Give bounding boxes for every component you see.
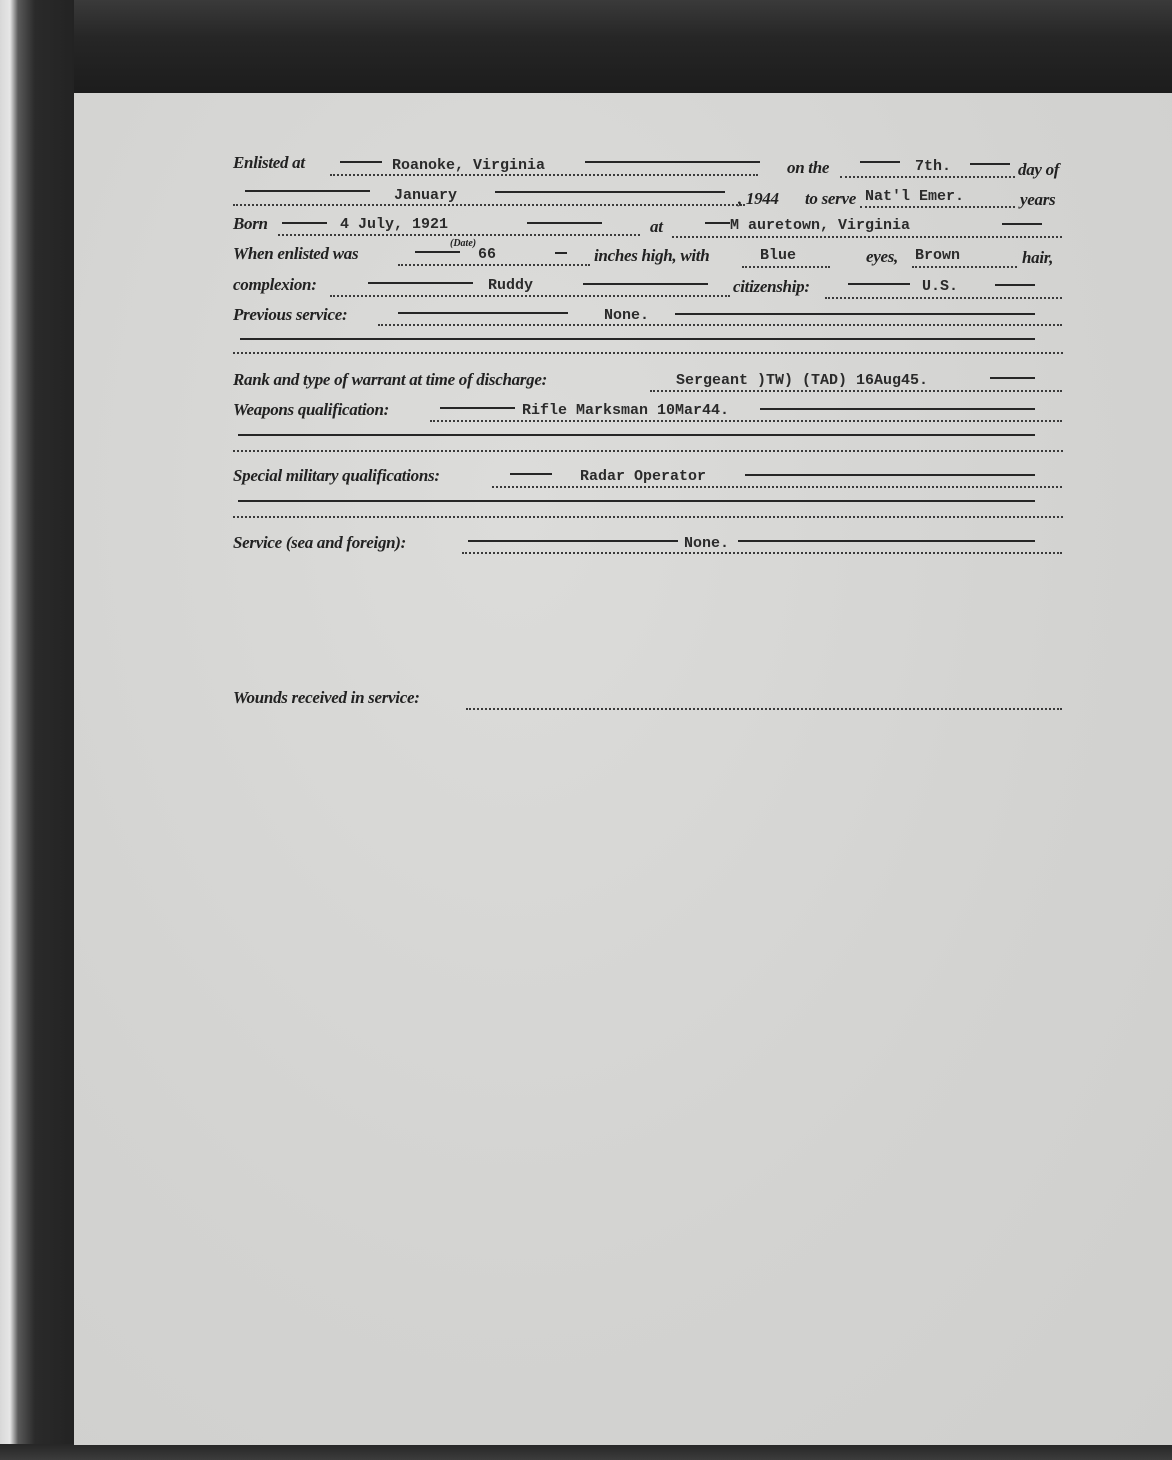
typed-dash [340,161,382,163]
typed-dash [527,222,602,224]
typed-dash [555,252,567,254]
rule [398,264,590,266]
typed-dash [238,500,1035,502]
rule [466,708,1062,710]
inches-label: inches high, with [594,246,709,266]
typed-dash [495,191,725,193]
typed-dash [745,474,1035,476]
rule [825,297,1062,299]
rule [330,174,758,176]
typed-dash [583,283,708,285]
typed-dash [860,161,900,163]
rank-label: Rank and type of warrant at time of disc… [233,370,547,390]
at-label: at [650,217,663,237]
service-sea-value: None. [684,535,729,552]
date-caption: (Date) [450,238,476,249]
typed-dash [510,473,552,475]
hair-value: Brown [915,247,960,264]
birth-place: M auretown, Virginia [730,217,910,234]
special-value: Radar Operator [580,468,706,485]
rule [840,176,1015,178]
typed-dash [705,222,730,224]
film-border-left [0,0,74,1460]
rule [330,295,730,297]
typed-dash [368,282,473,284]
complexion-value: Ruddy [488,277,533,294]
rule [233,450,1063,452]
typed-dash [990,377,1035,379]
enlisted-at-label: Enlisted at [233,153,305,173]
birth-date: 4 July, 1921 [340,216,448,233]
enlistment-year: , 1944 [738,189,779,209]
typed-dash [238,434,1035,436]
typed-dash [995,284,1035,286]
enlisted-at-value: Roanoke, Virginia [392,157,545,174]
rule [650,390,1062,392]
rule [233,204,745,206]
typed-dash [738,540,1035,542]
enlistment-term: Nat'l Emer. [865,188,964,205]
eyes-label: eyes, [866,247,898,267]
rule [378,324,1062,326]
years-label: years [1020,190,1055,210]
rule [860,206,1015,208]
weapons-label: Weapons qualification: [233,400,389,420]
eyes-value: Blue [760,247,796,264]
hair-label: hair, [1022,248,1053,268]
rule [233,352,1063,354]
day-of-label: day of [1018,160,1059,180]
weapons-value: Rifle Marksman 10Mar44. [522,402,729,419]
rule [672,236,1062,238]
typed-dash [675,313,1035,315]
born-label: Born [233,214,268,234]
typed-dash [760,408,1035,410]
rule [233,516,1063,518]
special-label: Special military qualifications: [233,466,440,486]
on-the-label: on the [787,158,829,178]
wounds-label: Wounds received in service: [233,688,420,708]
rule [742,266,830,268]
service-sea-label: Service (sea and foreign): [233,533,406,553]
rule [492,486,1062,488]
previous-service-label: Previous service: [233,305,347,325]
typed-dash [415,251,460,253]
typed-dash [1002,223,1042,225]
to-serve-label: to serve [805,189,856,209]
typed-dash [240,338,1035,340]
typed-dash [970,163,1010,165]
rank-value: Sergeant )TW) (TAD) 16Aug45. [676,372,928,389]
typed-dash [848,283,910,285]
film-border-bottom [0,1444,1172,1460]
height-value: 66 [478,246,496,263]
rule [912,266,1017,268]
enlistment-month: January [394,187,457,204]
rule [430,420,1062,422]
typed-dash [440,407,515,409]
enlistment-day: 7th. [915,158,951,175]
film-border-top [0,0,1172,95]
citizenship-value: U.S. [922,278,958,295]
typed-dash [245,190,370,192]
complexion-label: complexion: [233,275,317,295]
typed-dash [585,161,760,163]
rule [462,552,1062,554]
citizenship-label: citizenship: [733,277,810,297]
typed-dash [468,540,678,542]
rule [278,234,640,236]
when-enlisted-label: When enlisted was [233,244,358,264]
typed-dash [282,222,327,224]
previous-service-value: None. [604,307,649,324]
typed-dash [398,312,568,314]
